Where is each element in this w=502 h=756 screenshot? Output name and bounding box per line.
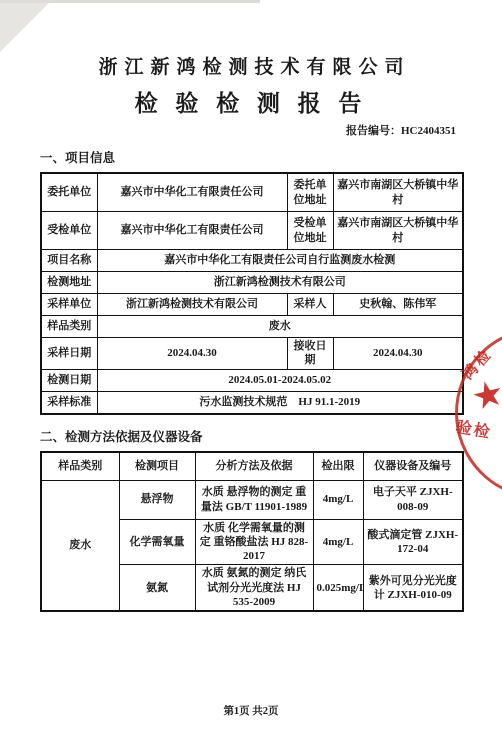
table-row: 废水 悬浮物 水质 悬浮物的测定 重量法 GB/T 11901-1989 4mg… <box>41 480 463 519</box>
row-label: 受检单位 <box>41 212 97 250</box>
table-row: 项目名称 嘉兴市中华化工有限责任公司自行监测废水检测 <box>41 250 463 272</box>
report-title: 检 验 检 测 报 告 <box>40 85 462 118</box>
instrument-cell: 紫外可见分光光度计 ZJXH-010-09 <box>363 565 463 611</box>
row-label: 委托单位地址 <box>287 173 333 212</box>
detection-limit-cell: 4mg/L <box>313 480 363 519</box>
row-value: 2024.04.30 <box>333 338 463 370</box>
col-header-sample-type: 样品类别 <box>41 452 119 481</box>
row-label: 采样单位 <box>41 294 97 316</box>
row-value: 废水 <box>97 316 463 338</box>
detection-limit-cell: 4mg/L <box>313 519 363 565</box>
method-cell: 水质 化学需氧量的测定 重铬酸盐法 HJ 828-2017 <box>195 519 313 565</box>
instrument-cell: 酸式滴定管 ZJXH-172-04 <box>363 519 463 565</box>
method-cell: 水质 氨氮的测定 纳氏试剂分光光度法 HJ 535-2009 <box>195 565 313 611</box>
row-label: 样品类别 <box>41 316 97 338</box>
row-value: 浙江新鸿检测技术有限公司 <box>97 272 463 294</box>
table-row: 采样日期 2024.04.30 接收日期 2024.04.30 <box>41 338 463 370</box>
row-value: 嘉兴市中华化工有限责任公司 <box>97 173 287 212</box>
row-label: 采样人 <box>287 294 333 316</box>
table-row: 检测地址 浙江新鸿检测技术有限公司 <box>41 272 463 294</box>
table-row: 检测日期 2024.05.01-2024.05.02 <box>41 369 463 391</box>
col-header-method: 分析方法及依据 <box>195 452 313 481</box>
table-row: 采样单位 浙江新鸿检测技术有限公司 采样人 史秋翰、陈伟军 <box>41 294 463 316</box>
table-row: 受检单位 嘉兴市中华化工有限责任公司 受检单位地址 嘉兴市南湖区大桥镇中华村 <box>41 212 463 250</box>
document-body: 浙江新鸿检测技术有限公司 检 验 检 测 报 告 报告编号：HC2404351 … <box>40 0 462 612</box>
section2-title: 二、检测方法依据及仪器设备 <box>40 427 462 445</box>
row-label: 接收日期 <box>287 338 333 370</box>
col-header-detection-limit: 检出限 <box>313 452 363 481</box>
project-info-table: 委托单位 嘉兴市中华化工有限责任公司 委托单位地址 嘉兴市南湖区大桥镇中华村 受… <box>40 172 464 415</box>
row-value: 2024.05.01-2024.05.02 <box>97 369 463 391</box>
row-value: 嘉兴市南湖区大桥镇中华村 <box>333 212 463 250</box>
table-row: 样品类别 废水 <box>41 316 463 338</box>
report-number-line: 报告编号：HC2404351 <box>40 122 462 138</box>
col-header-test-item: 检测项目 <box>119 452 195 481</box>
row-label: 检测日期 <box>41 369 97 391</box>
row-value: 嘉兴市南湖区大桥镇中华村 <box>333 173 463 212</box>
row-value: 2024.04.30 <box>97 338 287 370</box>
section1-title: 一、项目信息 <box>40 148 462 166</box>
report-page: 浙江新鸿检测技术有限公司 检 验 检 测 报 告 报告编号：HC2404351 … <box>0 0 502 756</box>
row-value: 史秋翰、陈伟军 <box>333 294 463 316</box>
instrument-cell: 电子天平 ZJXH-008-09 <box>363 480 463 519</box>
detection-limit-cell: 0.025mg/L <box>313 565 363 611</box>
methods-equipment-table: 样品类别 检测项目 分析方法及依据 检出限 仪器设备及编号 废水 悬浮物 水质 … <box>40 451 464 613</box>
row-value: 污水监测技术规范 HJ 91.1-2019 <box>97 391 463 414</box>
table-header-row: 样品类别 检测项目 分析方法及依据 检出限 仪器设备及编号 <box>41 452 463 481</box>
test-item-cell: 化学需氧量 <box>119 519 195 565</box>
page-number: 第1页 共2页 <box>0 703 502 718</box>
sample-type-cell: 废水 <box>41 480 119 611</box>
test-item-cell: 悬浮物 <box>119 480 195 519</box>
method-cell: 水质 悬浮物的测定 重量法 GB/T 11901-1989 <box>195 480 313 519</box>
row-value: 嘉兴市中华化工有限责任公司自行监测废水检测 <box>97 250 463 272</box>
col-header-instrument: 仪器设备及编号 <box>363 452 463 481</box>
row-label: 采样日期 <box>41 338 97 370</box>
report-number-value: HC2404351 <box>401 125 456 137</box>
table-row: 委托单位 嘉兴市中华化工有限责任公司 委托单位地址 嘉兴市南湖区大桥镇中华村 <box>41 173 463 212</box>
row-label: 受检单位地址 <box>287 212 333 250</box>
report-number-label: 报告编号： <box>346 125 401 137</box>
row-label: 检测地址 <box>41 272 97 294</box>
table-row: 采样标准 污水监测技术规范 HJ 91.1-2019 <box>41 391 463 414</box>
company-name: 浙江新鸿检测技术有限公司 <box>40 52 462 79</box>
row-value: 嘉兴市中华化工有限责任公司 <box>97 212 287 250</box>
row-value: 浙江新鸿检测技术有限公司 <box>97 294 287 316</box>
test-item-cell: 氨氮 <box>119 565 195 611</box>
row-label: 委托单位 <box>41 173 97 212</box>
row-label: 项目名称 <box>41 250 97 272</box>
row-label: 采样标准 <box>41 391 97 414</box>
